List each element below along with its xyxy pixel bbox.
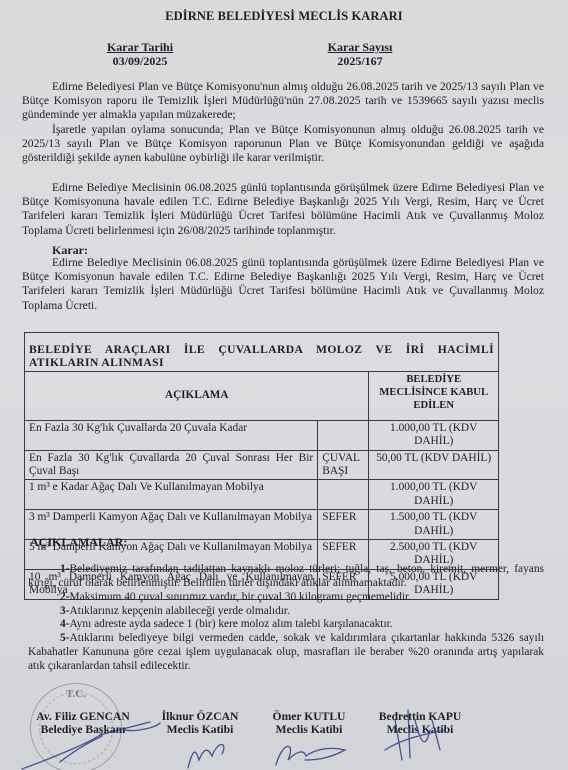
signature-block-mayor: Av. Filiz GENCAN Belediye Başkanı xyxy=(28,710,138,736)
row-unit xyxy=(318,420,369,450)
paragraph-karar: Edirne Belediye Meclisinin 06.08.2025 gü… xyxy=(22,256,544,313)
signatory-name: Av. Filiz GENCAN xyxy=(28,710,138,723)
signatory-name: Bedrettin KAPU xyxy=(370,710,470,723)
column-header-description: AÇIKLAMA xyxy=(25,371,369,420)
document-page: EDİRNE BELEDİYESİ MECLİS KARARI Karar Ta… xyxy=(0,0,568,770)
row-price: 1.000,00 TL (KDV DAHİL) xyxy=(369,480,499,510)
signatory-name: İlknur ÖZCAN xyxy=(150,710,250,723)
table-row: 1 m³ e Kadar Ağaç Dalı Ve Kullanılmayan … xyxy=(25,480,499,510)
row-description: 1 m³ e Kadar Ağaç Dalı Ve Kullanılmayan … xyxy=(25,480,318,510)
row-price: 1.000,00 TL (KDV DAHİL) xyxy=(369,420,499,450)
signatory-name: Ömer KUTLU xyxy=(264,710,354,723)
note-item: 2-Maksimum 40 çuval sınırımız vardır, bi… xyxy=(28,590,544,604)
signatory-role: Meclis Katibi xyxy=(264,723,354,736)
tariff-table: BELEDİYE ARAÇLARI İLE ÇUVALLARDA MOLOZ V… xyxy=(24,332,499,600)
signature-block-clerk-3: Bedrettin KAPU Meclis Katibi xyxy=(370,710,470,736)
karar-tarihi-value: 03/09/2025 xyxy=(80,54,200,68)
row-unit xyxy=(318,480,369,510)
karar-sayisi-value: 2025/167 xyxy=(300,54,420,68)
document-title: EDİRNE BELEDİYESİ MECLİS KARARI xyxy=(0,9,568,24)
paragraph-vote: İşaretle yapılan oylama sonucunda; Plan … xyxy=(22,123,544,166)
row-description: En Fazla 30 Kg'lık Çuvallarda 20 Çuvala … xyxy=(25,420,318,450)
row-unit: SEFER xyxy=(318,510,369,540)
karar-tarihi-block: Karar Tarihi 03/09/2025 xyxy=(80,40,200,68)
note-item: 5-Atıklarını belediyeye bilgi vermeden c… xyxy=(28,631,544,673)
table-title: BELEDİYE ARAÇLARI İLE ÇUVALLARDA MOLOZ V… xyxy=(25,333,499,372)
row-description: En Fazla 30 Kg'lık Çuvallarda 20 Çuval S… xyxy=(25,450,318,480)
signatory-role: Meclis Katibi xyxy=(370,723,470,736)
signatory-role: Meclis Katibi xyxy=(150,723,250,736)
signature-block-clerk-1: İlknur ÖZCAN Meclis Katibi xyxy=(150,710,250,736)
table-row: En Fazla 30 Kg'lık Çuvallarda 20 Çuvala … xyxy=(25,420,499,450)
karar-tarihi-label: Karar Tarihi xyxy=(80,40,200,54)
paragraph-commission: Edirne Belediye Meclisinin 06.08.2025 gü… xyxy=(22,181,544,238)
note-item: 4-Aynı adreste ayda sadece 1 (bir) kere … xyxy=(28,617,544,631)
karar-sayisi-block: Karar Sayısı 2025/167 xyxy=(300,40,420,68)
row-price: 1.500,00 TL (KDV DAHİL) xyxy=(369,510,499,540)
signatory-role: Belediye Başkanı xyxy=(28,723,138,736)
note-item: 1-Belediyemiz tarafından tadilattan kayn… xyxy=(28,562,544,590)
column-header-price: BELEDİYE MECLİSİNCE KABUL EDİLEN xyxy=(369,371,499,420)
paragraph-intro: Edirne Belediyesi Plan ve Bütçe Komisyon… xyxy=(22,80,544,123)
row-price: 50,00 TL (KDV DAHİL) xyxy=(369,450,499,480)
notes-heading: AÇIKLAMALAR: xyxy=(30,535,127,550)
karar-sayisi-label: Karar Sayısı xyxy=(300,40,420,54)
row-unit: ÇUVAL BAŞI xyxy=(318,450,369,480)
note-item: 3-Atıklarınız kepçenin alabileceği yerde… xyxy=(28,604,544,618)
signature-block-clerk-2: Ömer KUTLU Meclis Katibi xyxy=(264,710,354,736)
table-row: En Fazla 30 Kg'lık Çuvallarda 20 Çuval S… xyxy=(25,450,499,480)
